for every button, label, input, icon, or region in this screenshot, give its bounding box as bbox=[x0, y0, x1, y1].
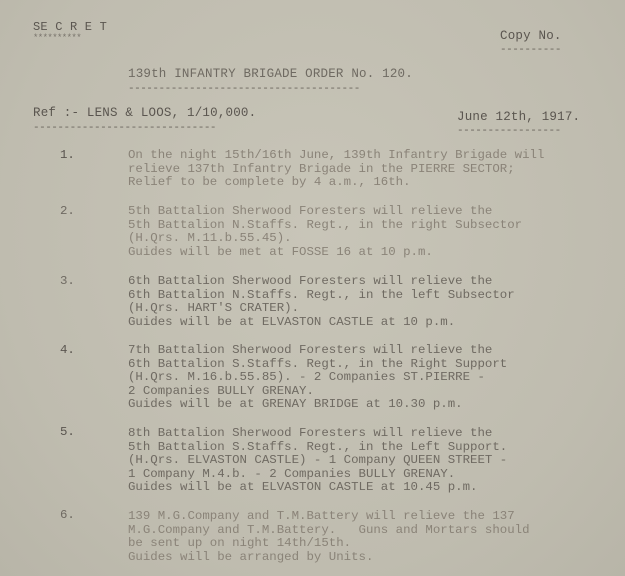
paragraph-number: 2. bbox=[60, 204, 75, 218]
document-page: SE C R E T ********** Copy No. ---------… bbox=[0, 0, 625, 576]
paragraph-4: 7th Battalion Sherwood Foresters will re… bbox=[128, 344, 608, 412]
paragraph-number: 3. bbox=[60, 274, 75, 288]
paragraph-line: (H.Qrs. ELVASTON CASTLE) - 1 Company QUE… bbox=[128, 454, 608, 468]
paragraph-6: 139 M.G.Company and T.M.Battery will rel… bbox=[128, 510, 608, 564]
paragraph-line: 5th Battalion S.Staffs. Regt., in the Le… bbox=[128, 441, 608, 455]
paragraph-line: 139 M.G.Company and T.M.Battery will rel… bbox=[128, 510, 608, 524]
paragraph-line: 5th Battalion N.Staffs. Regt., in the ri… bbox=[128, 219, 608, 233]
paragraph-line: Guides will be met at FOSSE 16 at 10 p.m… bbox=[128, 246, 608, 260]
paragraph-line: Guides will be at ELVASTON CASTLE at 10 … bbox=[128, 316, 608, 330]
paragraph-line: 6th Battalion N.Staffs. Regt., in the le… bbox=[128, 289, 608, 303]
paragraph-number: 4. bbox=[60, 343, 75, 357]
paragraph-line: Guides will be at GRENAY BRIDGE at 10.30… bbox=[128, 398, 608, 412]
paragraph-line: On the night 15th/16th June, 139th Infan… bbox=[128, 149, 608, 163]
paragraph-2: 5th Battalion Sherwood Foresters will re… bbox=[128, 205, 608, 259]
order-title: 139th INFANTRY BRIGADE ORDER No. 120. bbox=[128, 67, 413, 81]
copy-number-underline: ---------- bbox=[500, 46, 561, 54]
paragraph-line: 6th Battalion Sherwood Foresters will re… bbox=[128, 275, 608, 289]
paragraph-line: Guides will be arranged by Units. bbox=[128, 551, 608, 565]
paragraph-line: 7th Battalion Sherwood Foresters will re… bbox=[128, 344, 608, 358]
paragraph-line: (H.Qrs. M.11.b.55.45). bbox=[128, 232, 608, 246]
paragraph-line: (H.Qrs. M.16.b.55.85). - 2 Companies ST.… bbox=[128, 371, 608, 385]
order-date: June 12th, 1917. bbox=[457, 110, 580, 124]
paragraph-line: be sent up on night 14th/15th. bbox=[128, 537, 608, 551]
paragraph-line: Guides will be at ELVASTON CASTLE at 10.… bbox=[128, 481, 608, 495]
paragraph-line: 6th Battalion S.Staffs. Regt., in the Ri… bbox=[128, 358, 608, 372]
paragraph-line: Relief to be complete by 4 a.m., 16th. bbox=[128, 176, 608, 190]
paragraph-5: 8th Battalion Sherwood Foresters will re… bbox=[128, 427, 608, 495]
paragraph-line: (H.Qrs. HART'S CRATER). bbox=[128, 302, 608, 316]
paragraph-line: 8th Battalion Sherwood Foresters will re… bbox=[128, 427, 608, 441]
copy-number-label: Copy No. bbox=[500, 29, 562, 43]
paragraph-line: relieve 137th Infantry Brigade in the PI… bbox=[128, 163, 608, 177]
order-title-underline: -------------------------------------- bbox=[128, 85, 360, 93]
paragraph-number: 1. bbox=[60, 148, 75, 162]
paragraph-line: M.G.Company and T.M.Battery. Guns and Mo… bbox=[128, 524, 608, 538]
paragraph-3: 6th Battalion Sherwood Foresters will re… bbox=[128, 275, 608, 329]
paragraph-line: 1 Company M.4.b. - 2 Companies BULLY GRE… bbox=[128, 468, 608, 482]
classification-label: SE C R E T bbox=[33, 20, 107, 34]
paragraph-line: 2 Companies BULLY GRENAY. bbox=[128, 385, 608, 399]
paragraph-1: On the night 15th/16th June, 139th Infan… bbox=[128, 149, 608, 190]
classification-underline: ********** bbox=[33, 33, 81, 43]
paragraph-line: 5th Battalion Sherwood Foresters will re… bbox=[128, 205, 608, 219]
order-date-underline: ----------------- bbox=[457, 127, 561, 135]
paragraph-number: 5. bbox=[60, 425, 75, 439]
map-reference-underline: ------------------------------ bbox=[33, 124, 216, 132]
paragraph-number: 6. bbox=[60, 508, 75, 522]
map-reference: Ref :- LENS & LOOS, 1/10,000. bbox=[33, 106, 256, 120]
